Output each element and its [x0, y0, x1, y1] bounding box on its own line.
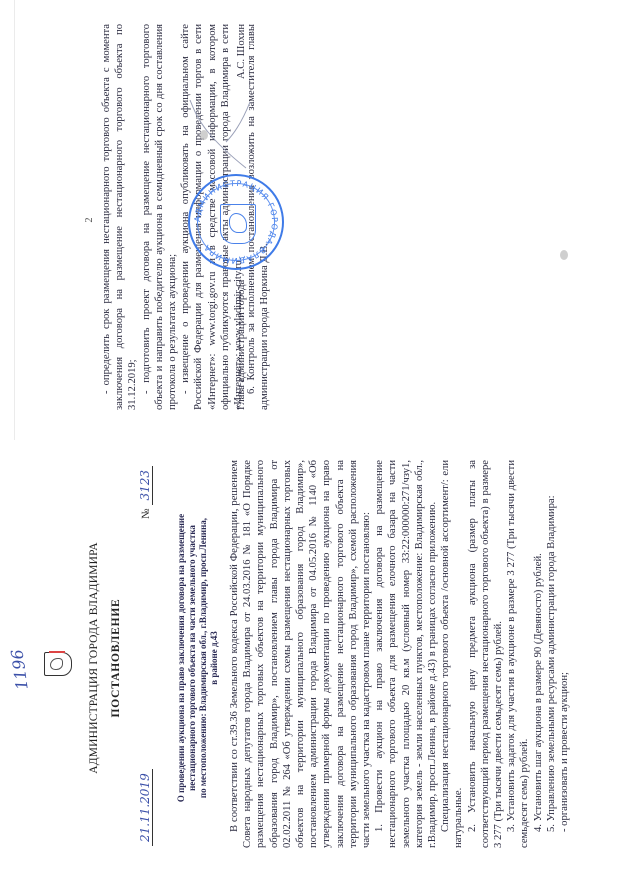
- city-emblem-icon: [44, 652, 72, 676]
- number-value: 3123: [138, 466, 153, 505]
- paragraph-item-3: 3. Установить задаток для участия в аукц…: [505, 460, 531, 848]
- paragraph-preamble: В соответствии со ст.39.36 Земельного ко…: [228, 460, 373, 848]
- document-type-title: ПОСТАНОВЛЕНИЕ: [110, 440, 122, 876]
- paragraph-item-5: 5. Управлению земельными ресурсами админ…: [545, 460, 558, 848]
- paragraph-term: - определить срок размещения нестационар…: [100, 24, 140, 410]
- document-subject: О проведении аукциона на право заключени…: [176, 480, 220, 836]
- subject-line: по местоположению: Владимирская обл., г.…: [198, 480, 209, 836]
- paragraph-specialization: Специализация нестационарного торгового …: [439, 460, 465, 848]
- signatory-title: Глава администрации города: [236, 280, 247, 410]
- emblem-accent: [49, 651, 65, 653]
- page-2: 2 - определить срок размещения нестацион…: [0, 0, 620, 440]
- paragraph-item-1: 1. Провести аукцион на право заключения …: [373, 460, 439, 848]
- scanned-document-viewer: 2 - определить срок размещения нестацион…: [0, 0, 620, 876]
- handwritten-registration-mark: 1196: [7, 648, 31, 691]
- subject-line: О проведении аукциона на право заключени…: [176, 480, 187, 836]
- official-stamp: АДМИНИСТРАЦИЯ ГОРОДА ВЛАДИМИРА: [188, 174, 284, 270]
- scan-artifact-line: [14, 0, 15, 440]
- paragraph-item-4: 4. Установить шаг аукциона в размере 90 …: [532, 460, 545, 848]
- handwritten-signature-icon: [186, 82, 256, 172]
- document-date: 21.11.2019: [138, 769, 153, 846]
- page-1: 1196 АДМИНИСТРАЦИЯ ГОРОДА ВЛАДИМИРА ПОСТ…: [0, 440, 620, 876]
- organization-name: АДМИНИСТРАЦИЯ ГОРОДА ВЛАДИМИРА: [88, 440, 100, 876]
- page-1-body: В соответствии со ст.39.36 Земельного ко…: [228, 460, 571, 848]
- subject-line: нестационарного торгового объекта на час…: [187, 480, 198, 836]
- subject-line: в районе д.43: [209, 480, 220, 836]
- page-number: 2: [84, 0, 95, 440]
- coat-of-arms-icon: [220, 204, 256, 244]
- paragraph-prepare-contract: - подготовить проект договора на размеще…: [140, 24, 180, 410]
- scan-smudge: [560, 250, 568, 260]
- scan-smudge: [200, 130, 208, 140]
- signatory-name: А.С. Шохин: [236, 24, 247, 79]
- number-sign: №: [140, 509, 152, 520]
- document-number: №3123: [138, 466, 152, 519]
- paragraph-item-5-sub: - организовать и провести аукцион;: [558, 460, 571, 848]
- paragraph-item-2: 2. Установить начальную цену предмета ау…: [466, 460, 506, 848]
